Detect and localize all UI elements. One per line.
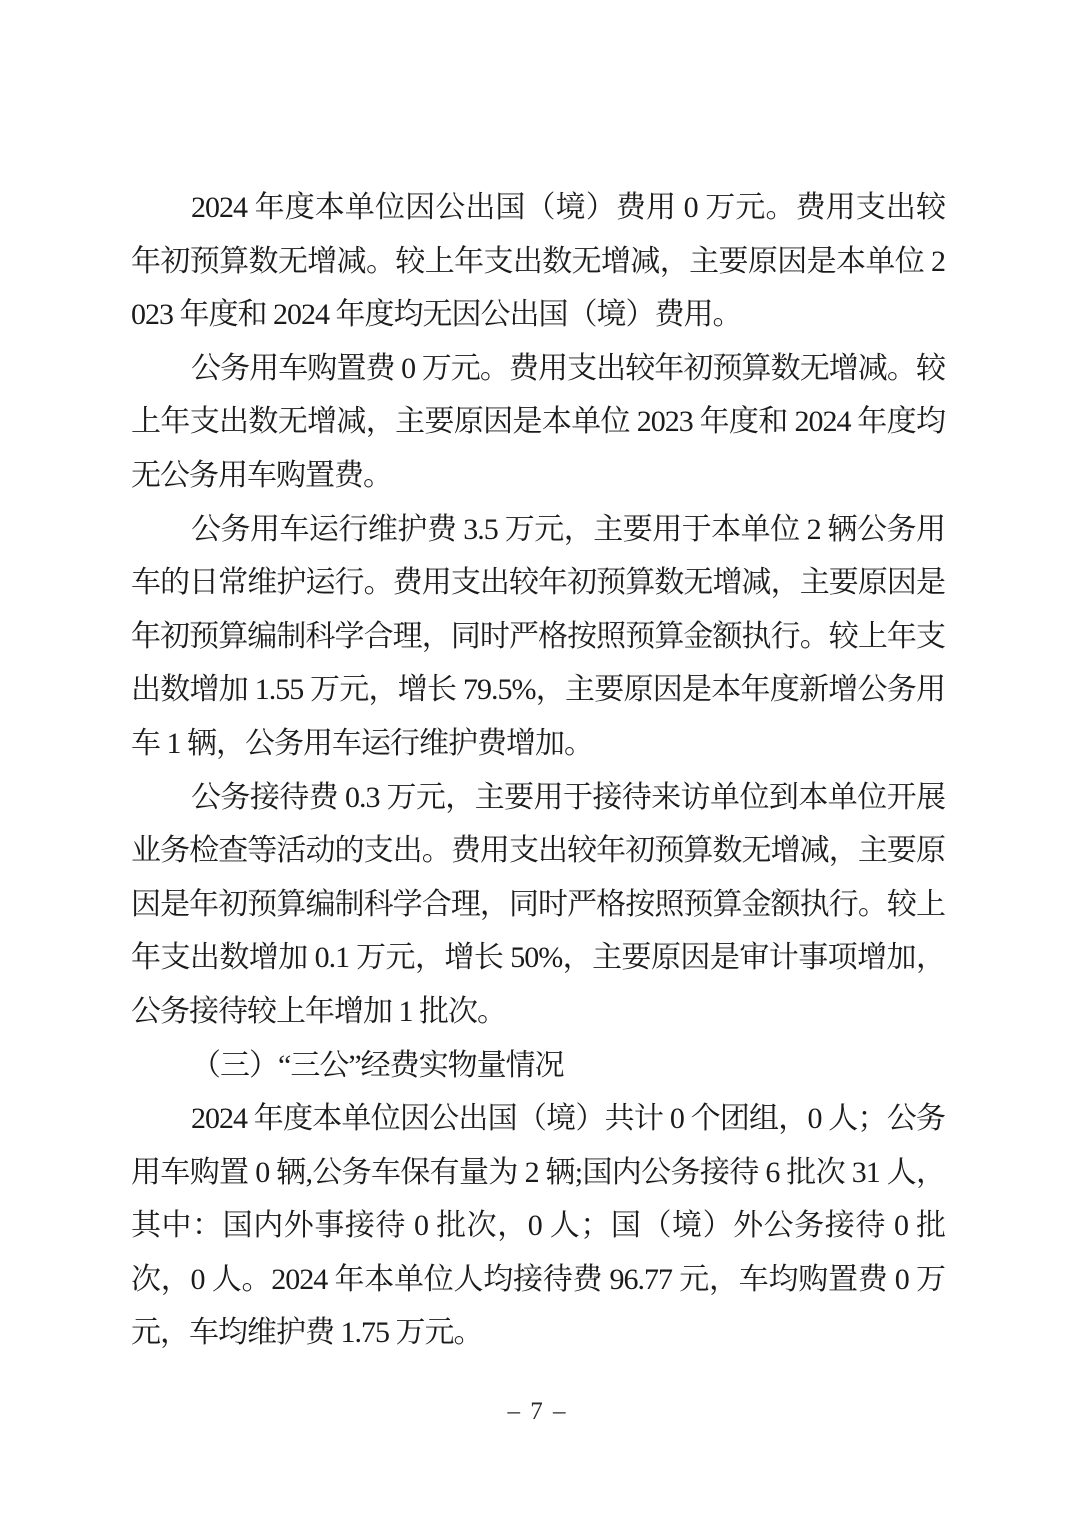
paragraph: 2024 年度本单位因公出国（境）费用 0 万元。费用支出较年初预算数无增减。较… xyxy=(131,181,945,342)
document-page: 2024 年度本单位因公出国（境）费用 0 万元。费用支出较年初预算数无增减。较… xyxy=(0,0,1075,1520)
page-number: – 7 – xyxy=(0,1398,1075,1426)
document-body: 2024 年度本单位因公出国（境）费用 0 万元。费用支出较年初预算数无增减。较… xyxy=(131,181,945,1360)
paragraph: 公务接待费 0.3 万元，主要用于接待来访单位到本单位开展业务检查等活动的支出。… xyxy=(131,771,945,1039)
section-heading: （三）“三公”经费实物量情况 xyxy=(131,1039,945,1093)
paragraph: 公务用车运行维护费 3.5 万元，主要用于本单位 2 辆公务用车的日常维护运行。… xyxy=(131,503,945,771)
paragraph: 2024 年度本单位因公出国（境）共计 0 个团组，0 人；公务用车购置 0 辆… xyxy=(131,1092,945,1360)
paragraph: 公务用车购置费 0 万元。费用支出较年初预算数无增减。较上年支出数无增减，主要原… xyxy=(131,342,945,503)
